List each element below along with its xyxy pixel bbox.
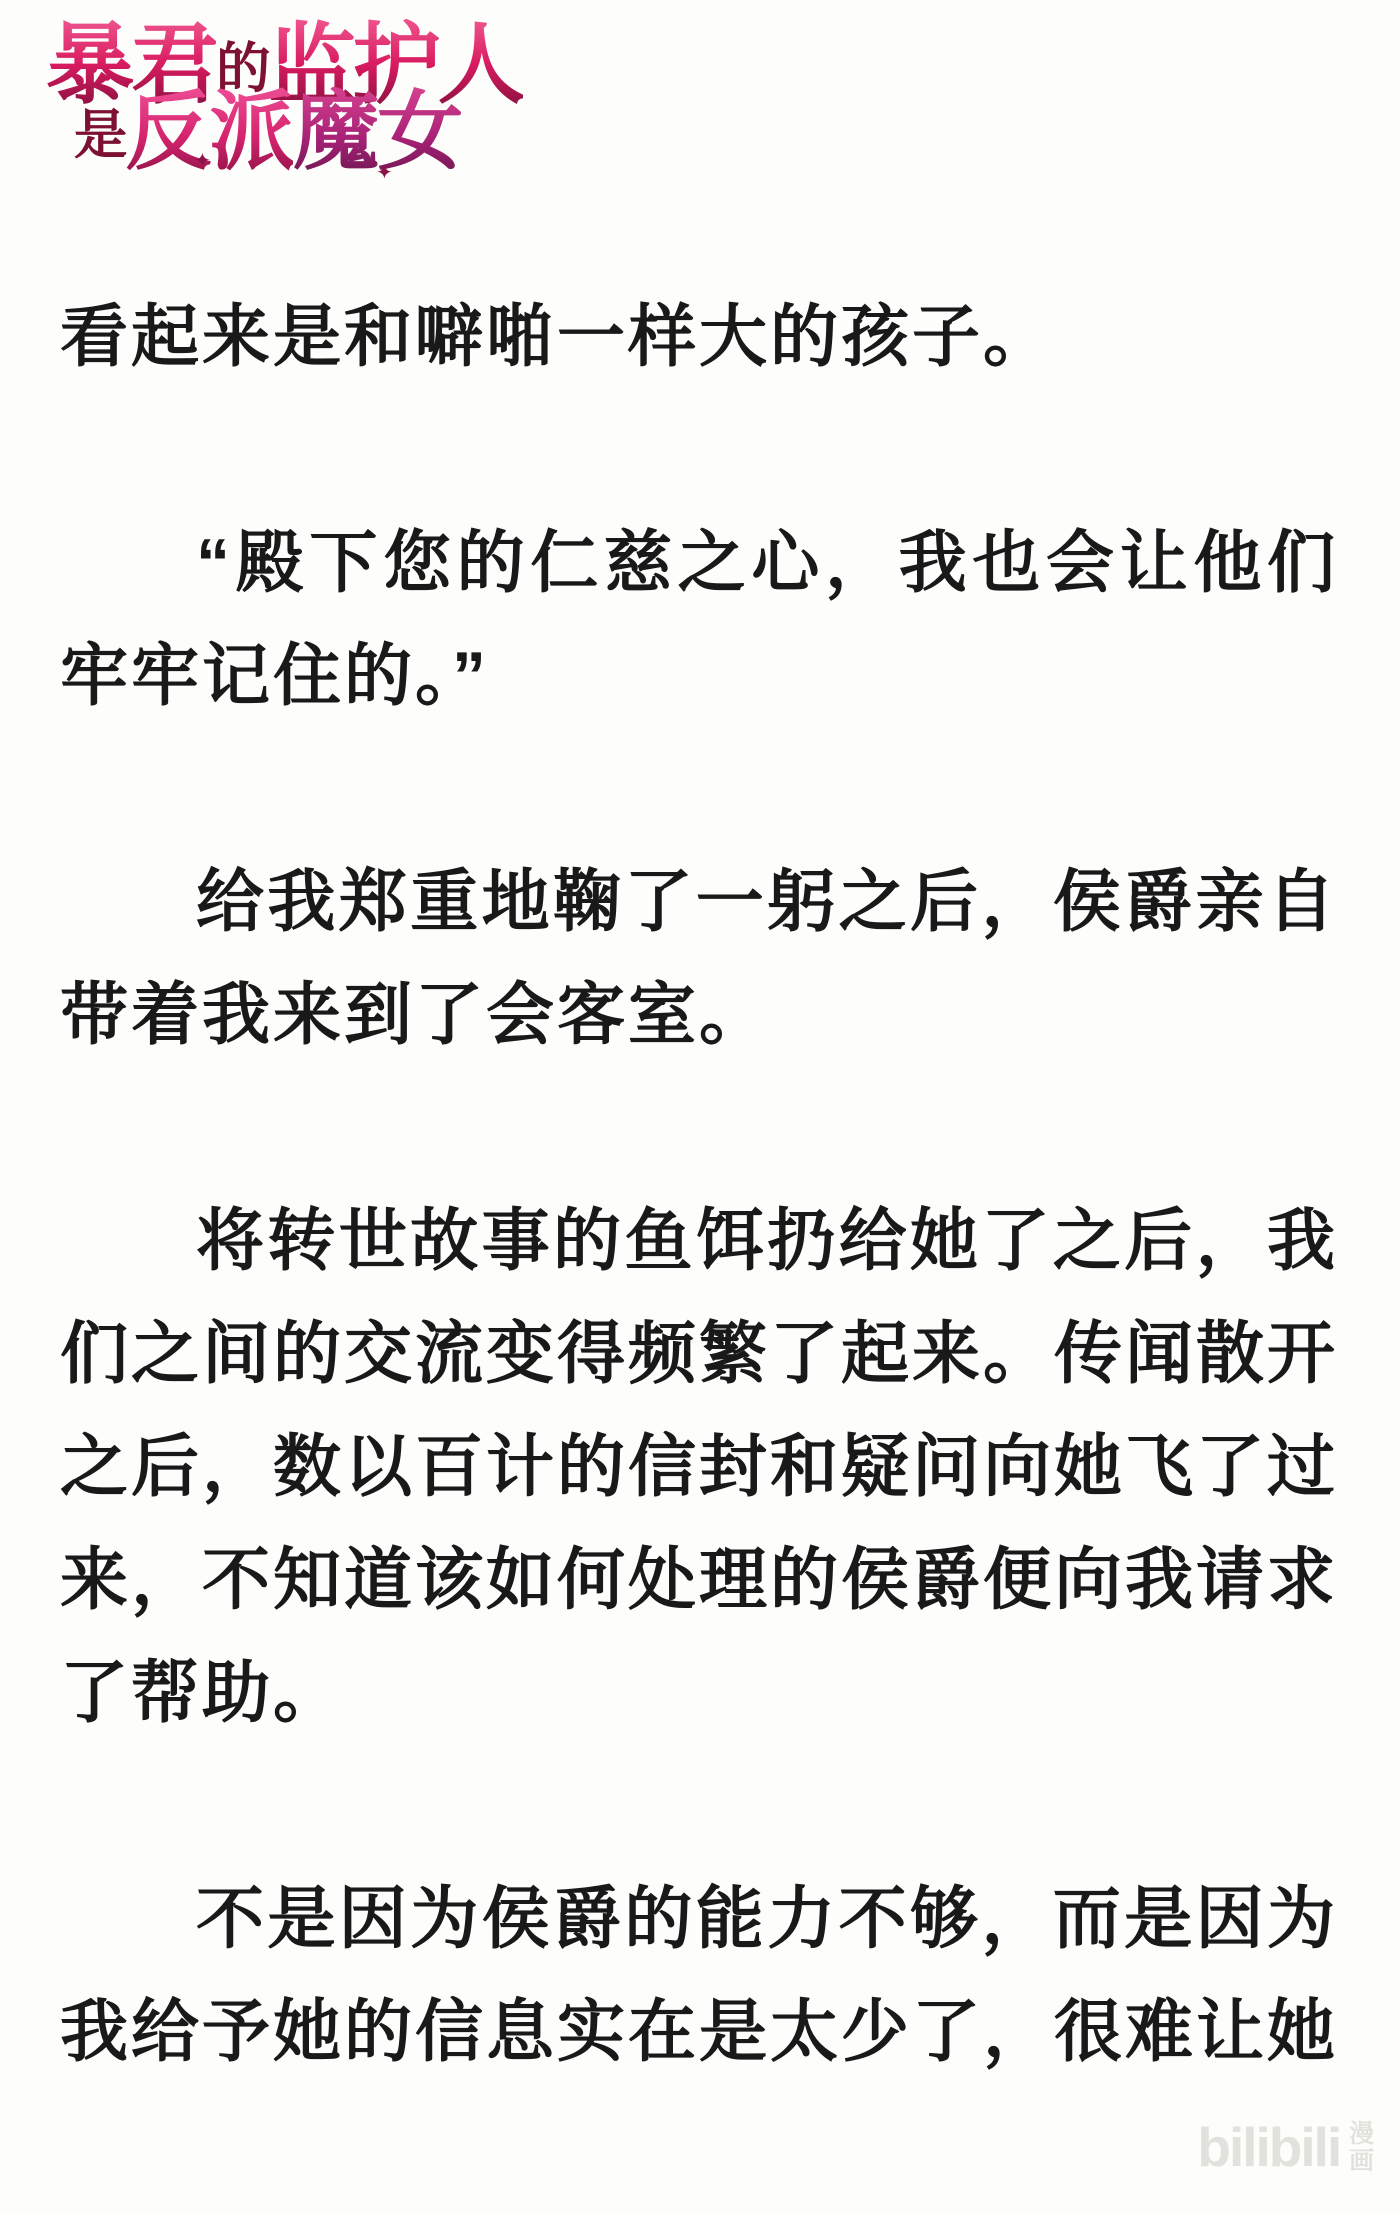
paragraph-2-quote: “殿下您的仁慈之心，我也会让他们牢牢记住的。” — [60, 507, 1338, 733]
series-logo-line2: 是反派魔女 — [74, 89, 523, 175]
bilibili-logo: bilibili — [1197, 2120, 1340, 2175]
series-logo: 暴君的监护人 是反派魔女 ✦ ✦ — [46, 20, 523, 175]
diamond-ornament-icon: ✦ — [194, 148, 211, 172]
paragraph-1: 看起来是和噼啪一样大的孩子。 — [60, 281, 1338, 394]
paragraph-5: 不是因为侯爵的能力不够，而是因为我给予她的信息实在是太少了，很难让她 — [60, 1863, 1338, 2089]
bilibili-manhua-label: 漫画 — [1347, 2121, 1376, 2175]
novel-page: 暴君的监护人 是反派魔女 ✦ ✦ 看起来是和噼啪一样大的孩子。 “殿下您的仁慈之… — [0, 0, 1400, 2214]
paragraph-3: 给我郑重地鞠了一躬之后，侯爵亲自带着我来到了会客室。 — [60, 846, 1338, 1072]
bilibili-watermark: bilibili 漫画 — [1197, 2120, 1376, 2175]
diamond-ornament-icon: ✦ — [376, 160, 393, 184]
logo-text-shi: 是 — [74, 105, 125, 165]
paragraph-4: 将转世故事的鱼饵扔给她了之后，我们之间的交流变得频繁了起来。传闻散开之后，数以百… — [60, 1185, 1338, 1750]
chapter-text: 看起来是和噼啪一样大的孩子。 “殿下您的仁慈之心，我也会让他们牢牢记住的。” 给… — [60, 281, 1338, 2089]
